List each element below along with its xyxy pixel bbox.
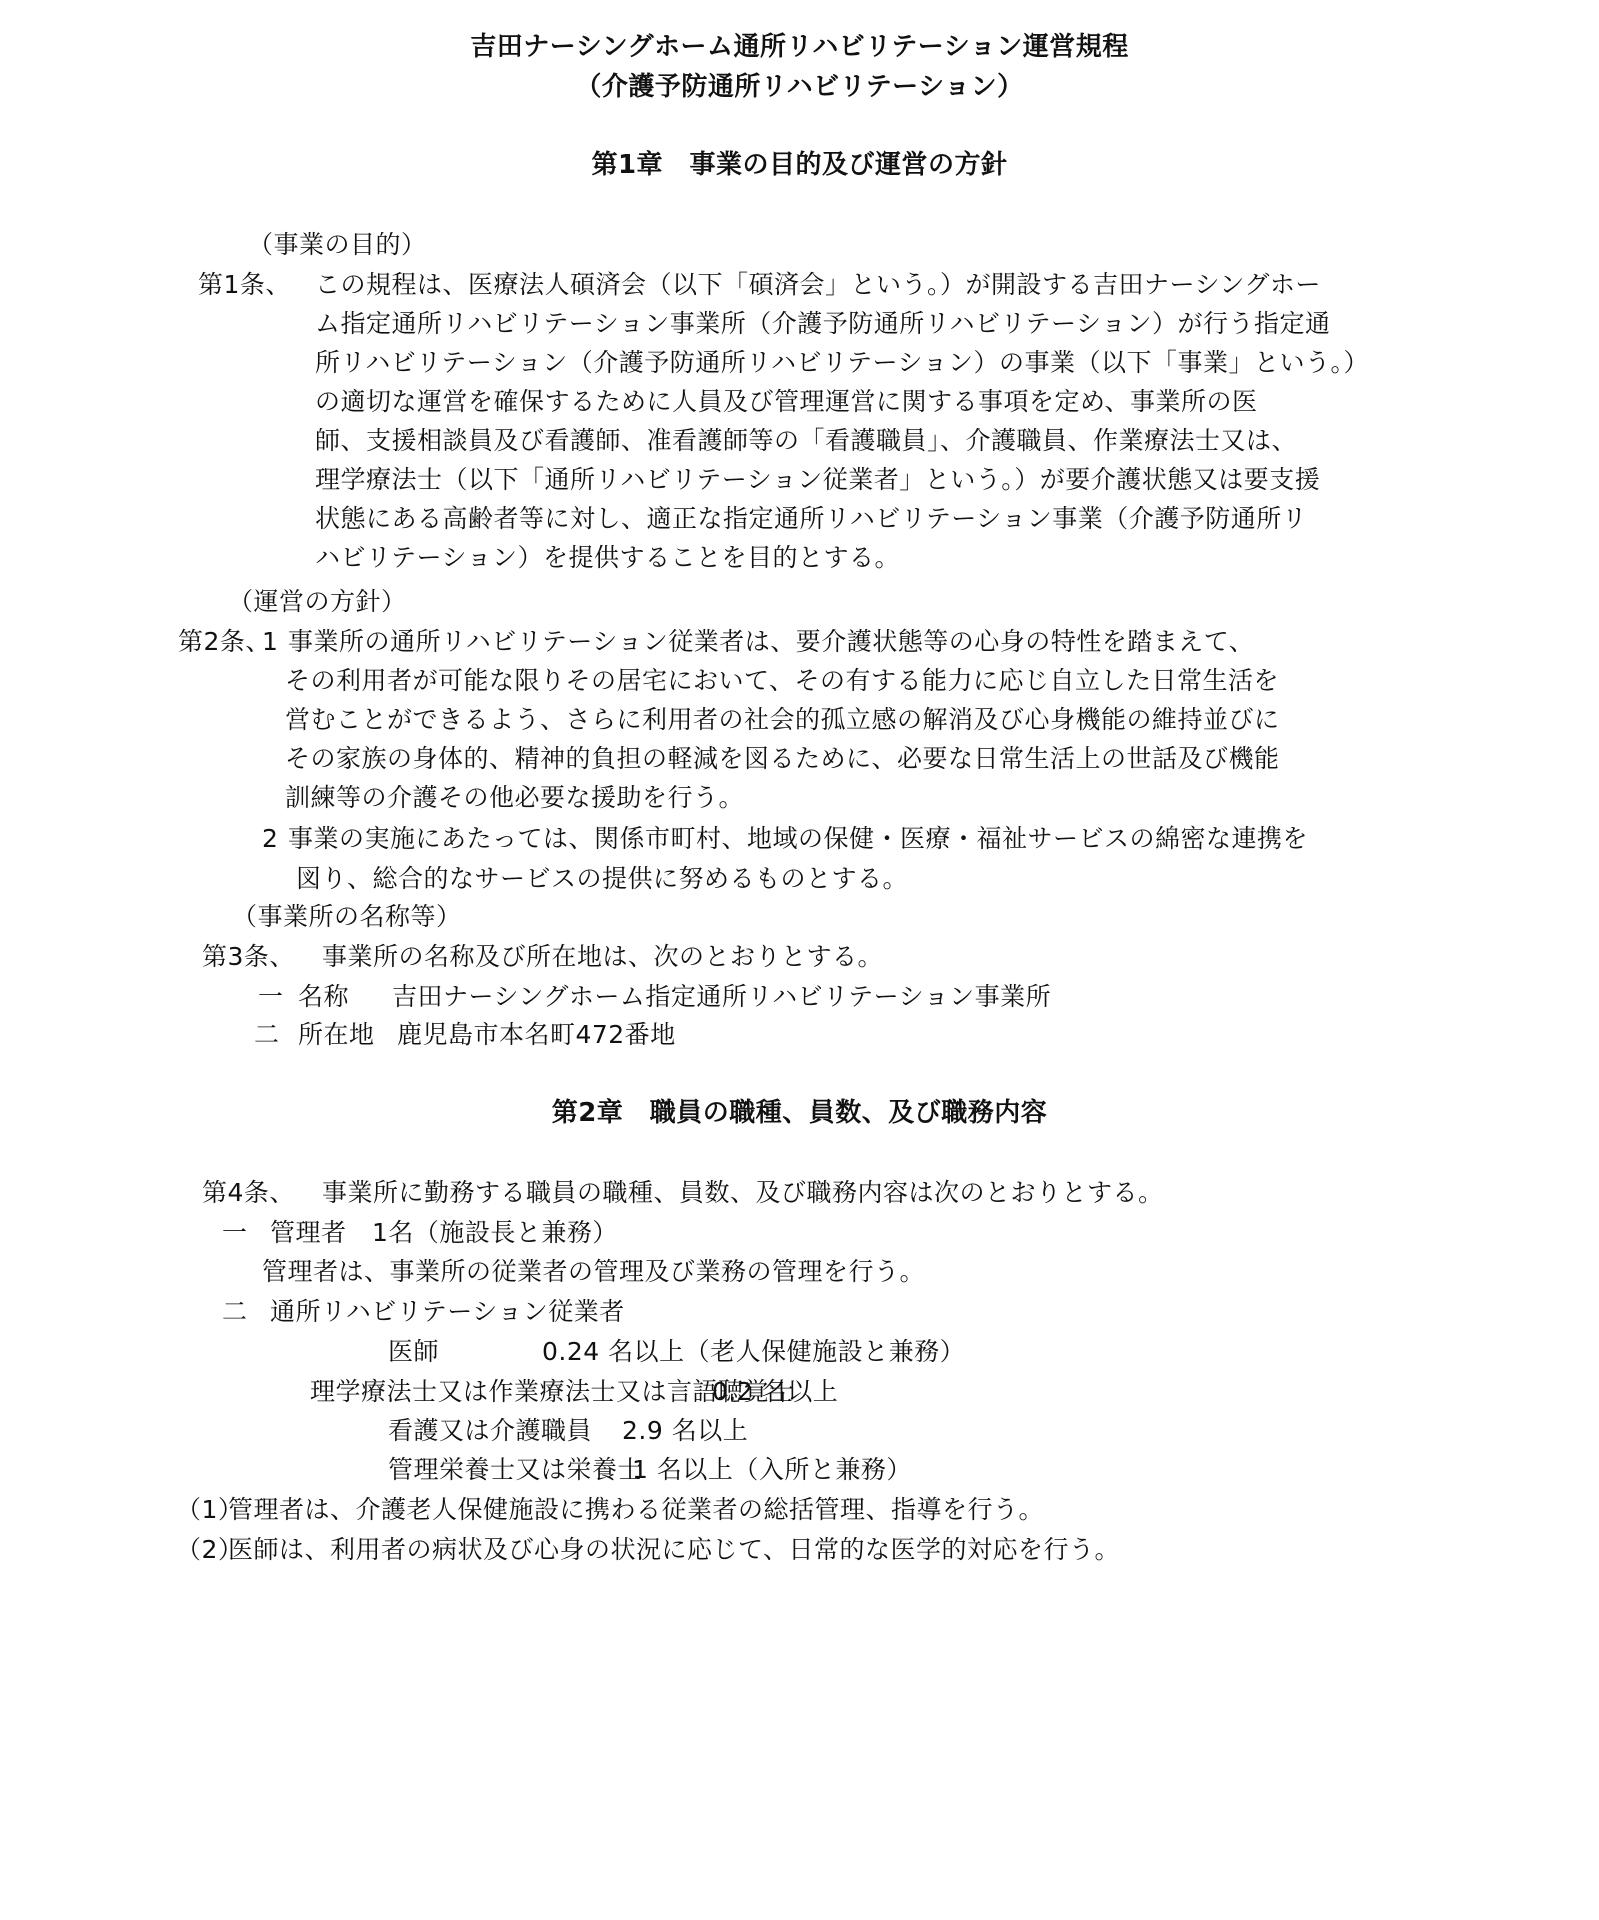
article-1-caption: （事業の目的） — [248, 228, 427, 262]
article-2-para1-line: その利用者が可能な限りその居宅において、その有する能力に応じ自立した日常生活を — [285, 664, 1279, 698]
article-2-para1-line: 営むことができるよう、さらに利用者の社会的孤立感の解消及び心身機能の維持並びに — [285, 703, 1280, 737]
article-4-item-number: 一 — [222, 1216, 248, 1250]
article-3-item-number: 一 — [258, 980, 284, 1014]
article-4-item-number: 二 — [222, 1295, 248, 1329]
article-4-item-key: 管理者 — [270, 1216, 347, 1250]
article-3-label: 第3条、 — [202, 940, 295, 974]
staff-count: 2.9 名以上 — [622, 1414, 748, 1448]
staff-role: 医師 — [388, 1335, 439, 1369]
article-1-line: の適切な運営を確保するために人員及び管理運営に関する事項を定め、事業所の医 — [315, 385, 1258, 419]
article-1-line: ム指定通所リハビリテーション事業所（介護予防通所リハビリテーション）が行う指定通 — [315, 307, 1331, 341]
article-2-para2-line: 事業の実施にあたっては、関係市町村、地域の保健・医療・福祉サービスの綿密な連携を — [288, 822, 1308, 856]
staff-role: 管理栄養士又は栄養士 — [388, 1453, 643, 1487]
article-2-para1-line: その家族の身体的、精神的負担の軽減を図るために、必要な日常生活上の世話及び機能 — [285, 742, 1280, 776]
article-4-item-value: 1名（施設長と兼務） — [372, 1216, 618, 1250]
article-2-para2-line: 図り、総合的なサービスの提供に努めるものとする。 — [296, 862, 908, 896]
article-1-line: この規程は、医療法人碩済会（以下「碩済会」という。）が開設する吉田ナーシングホー — [315, 268, 1321, 302]
article-3-caption: （事業所の名称等） — [232, 900, 462, 934]
duty-text: 管理者は、介護老人保健施設に携わる従業者の総括管理、指導を行う。 — [228, 1493, 1044, 1527]
document-subtitle: （介護予防通所リハビリテーション） — [0, 70, 1599, 104]
article-2-para1-number: 1 — [262, 625, 278, 659]
article-3-item-number: 二 — [254, 1018, 280, 1052]
article-1-line: 所リハビリテーション（介護予防通所リハビリテーション）の事業（以下「事業」という… — [315, 346, 1369, 380]
article-4-item-key: 通所リハビリテーション従業者 — [270, 1295, 625, 1329]
article-4-text: 事業所に勤務する職員の職種、員数、及び職務内容は次のとおりとする。 — [322, 1176, 1164, 1210]
article-1-line: 理学療法士（以下「通所リハビリテーション従業者」という。）が要介護状態又は要支援 — [315, 463, 1320, 497]
article-4-item-description: 管理者は、事業所の従業者の管理及び業務の管理を行う。 — [262, 1255, 925, 1289]
article-4-label: 第4条、 — [202, 1176, 295, 1210]
article-3-item-key: 名称 — [298, 980, 349, 1014]
article-1-line: 状態にある高齢者等に対し、適正な指定通所リハビリテーション事業（介護予防通所リ — [315, 502, 1307, 536]
article-1-label: 第1条、 — [198, 268, 291, 302]
article-3-item-key: 所在地 — [298, 1018, 375, 1052]
article-1-line: ハビリテーション）を提供することを目的とする。 — [315, 541, 900, 575]
article-2-label: 第2条、 — [178, 625, 271, 659]
staff-count: 0.24 名以上（老人保健施設と兼務） — [542, 1335, 965, 1369]
staff-role: 看護又は介護職員 — [388, 1414, 592, 1448]
chapter-2-heading: 第2章 職員の職種、員数、及び職務内容 — [0, 1096, 1599, 1130]
staff-count: 1 名以上（入所と兼務） — [632, 1453, 912, 1487]
staff-count: 0.2 名以上 — [712, 1375, 838, 1409]
article-2-caption: （運営の方針） — [228, 585, 407, 619]
document-title: 吉田ナーシングホーム通所リハビリテーション運営規程 — [0, 30, 1599, 64]
duty-text: 医師は、利用者の病状及び心身の状況に応じて、日常的な医学的対応を行う。 — [228, 1533, 1120, 1567]
article-3-text: 事業所の名称及び所在地は、次のとおりとする。 — [322, 940, 883, 974]
article-2-para1-line: 事業所の通所リハビリテーション従業者は、要介護状態等の心身の特性を踏まえて、 — [288, 625, 1254, 659]
article-3-item-value: 鹿児島市本名町472番地 — [397, 1018, 676, 1052]
article-2-para2-number: 2 — [262, 822, 278, 856]
article-2-para1-line: 訓練等の介護その他必要な援助を行う。 — [285, 781, 744, 815]
chapter-1-heading: 第1章 事業の目的及び運営の方針 — [0, 148, 1599, 182]
article-3-item-value: 吉田ナーシングホーム指定通所リハビリテーション事業所 — [392, 980, 1051, 1014]
article-1-line: 師、支援相談員及び看護師、准看護師等の「看護職員」、介護職員、作業療法士又は、 — [315, 424, 1297, 458]
